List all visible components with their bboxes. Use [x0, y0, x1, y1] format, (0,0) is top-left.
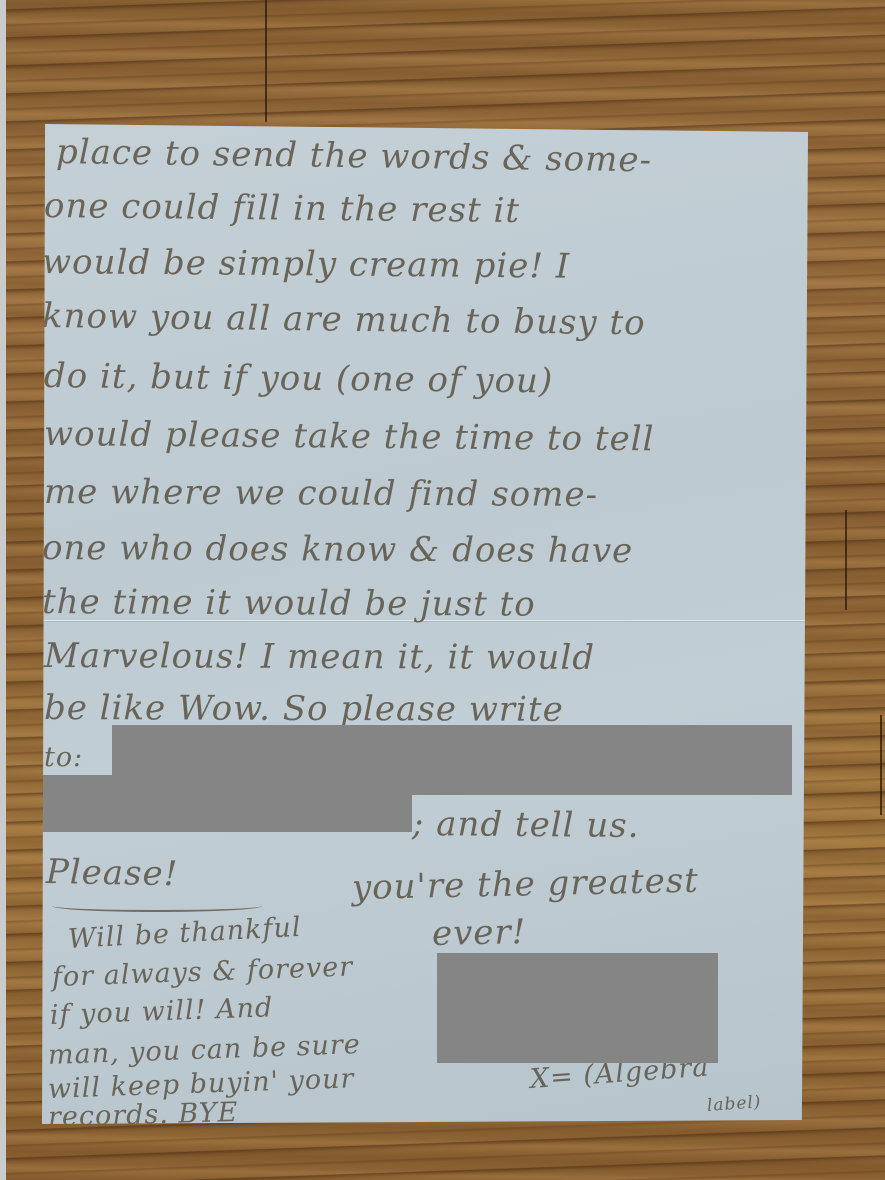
letter-line: do it, but if you (one of you)	[44, 356, 554, 401]
thanks-line: for always & forever	[51, 951, 353, 992]
redaction-box-name	[437, 953, 718, 1063]
left-edge-strip	[0, 0, 6, 1180]
greatest-line-2: ever!	[432, 912, 527, 954]
letter-line: ; and tell us.	[412, 804, 640, 846]
thanks-line: Will be thankful	[67, 912, 302, 955]
letter-line: one could fill in the rest it	[44, 186, 520, 231]
letter-line: the time it would be just to	[42, 582, 536, 625]
please-exclamation: Please!	[46, 852, 179, 894]
signature-sub: label)	[706, 1092, 762, 1116]
letter-line: Marvelous! I mean it, it would	[44, 636, 595, 678]
board-seam	[845, 510, 847, 610]
underline-squiggle	[52, 900, 262, 912]
thanks-line: if you will! And	[49, 992, 273, 1031]
letter-line: know you all are much to busy to	[42, 296, 646, 343]
greatest-line-1: you're the greatest	[352, 861, 700, 908]
letter-line: me where we could find some-	[44, 472, 598, 515]
board-seam	[880, 715, 882, 815]
letter-line: place to send the words & some-	[56, 132, 653, 180]
thanks-text: Will be thankful	[67, 912, 302, 955]
letter-line: to:	[44, 742, 83, 773]
letter-line: would be simply cream pie! I	[42, 242, 571, 287]
letter-line: one who does know & does have	[42, 528, 633, 571]
redaction-box-address-2	[43, 775, 412, 832]
board-seam	[265, 0, 267, 122]
letter-line: be like Wow. So please write	[44, 688, 564, 730]
letter-line: would please take the time to tell	[44, 414, 655, 459]
